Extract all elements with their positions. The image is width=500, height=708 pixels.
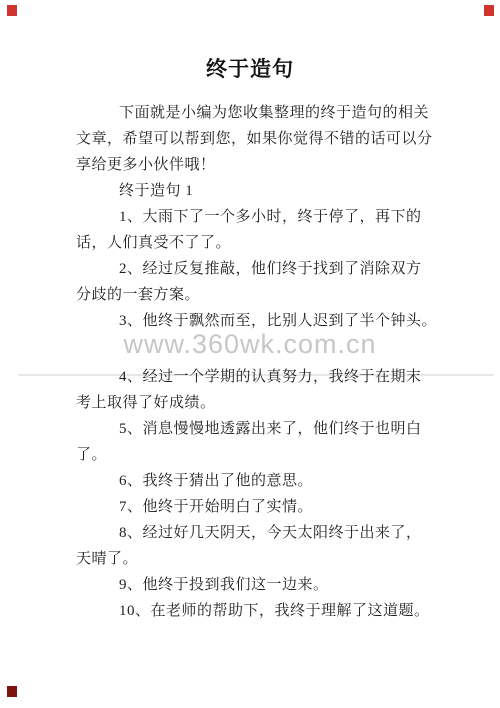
sentence-1-line-1: 1、大雨下了一个多小时，终于停了，再下的	[76, 204, 426, 230]
section-label: 终于造句 1	[76, 178, 426, 204]
red-mark-top-left	[7, 5, 17, 16]
sentence-5-line-2: 了。	[76, 442, 426, 468]
sentence-2-line-1: 2、经过反复推敲，他们终于找到了消除双方	[76, 256, 426, 282]
intro-line-2: 文章，希望可以帮到您，如果你觉得不错的话可以分	[76, 126, 426, 152]
sentence-4-line-2: 考上取得了好成绩。	[76, 390, 426, 416]
intro-line-3: 享给更多小伙伴哦！	[76, 152, 426, 178]
sentence-8-line-1: 8、经过好几天阴天，今天太阳终于出来了，	[76, 520, 426, 546]
sentence-10-line-1: 10、在老师的帮助下，我终于理解了这道题。	[76, 598, 426, 624]
sentence-2-line-2: 分歧的一套方案。	[76, 282, 426, 308]
red-mark-top-right	[484, 5, 494, 16]
sentence-8-line-2: 天晴了。	[76, 546, 426, 572]
document-body: 终于造句 下面就是小编为您收集整理的终于造句的相关 文章，希望可以帮到您，如果你…	[0, 0, 500, 624]
text-block: 下面就是小编为您收集整理的终于造句的相关 文章，希望可以帮到您，如果你觉得不错的…	[76, 100, 426, 624]
page-title: 终于造句	[0, 56, 500, 82]
sentence-4-line-1: 4、经过一个学期的认真努力，我终于在期末	[76, 364, 426, 390]
sentence-3-line-1: 3、他终于飘然而至，比别人迟到了半个钟头。	[76, 308, 426, 334]
sentence-5-line-1: 5、消息慢慢地透露出来了，他们终于也明白	[76, 416, 426, 442]
watermark-gap	[76, 334, 426, 364]
intro-line-1: 下面就是小编为您收集整理的终于造句的相关	[76, 100, 426, 126]
document-page: www.360wk.com.cn 终于造句 下面就是小编为您收集整理的终于造句的…	[0, 0, 500, 708]
dark-red-mark-bottom-left	[7, 686, 17, 697]
sentence-9-line-1: 9、他终于投到我们这一边来。	[76, 572, 426, 598]
sentence-1-line-2: 话，人们真受不了了。	[76, 230, 426, 256]
sentence-6-line-1: 6、我终于猜出了他的意思。	[76, 468, 426, 494]
sentence-7-line-1: 7、他终于开始明白了实情。	[76, 494, 426, 520]
